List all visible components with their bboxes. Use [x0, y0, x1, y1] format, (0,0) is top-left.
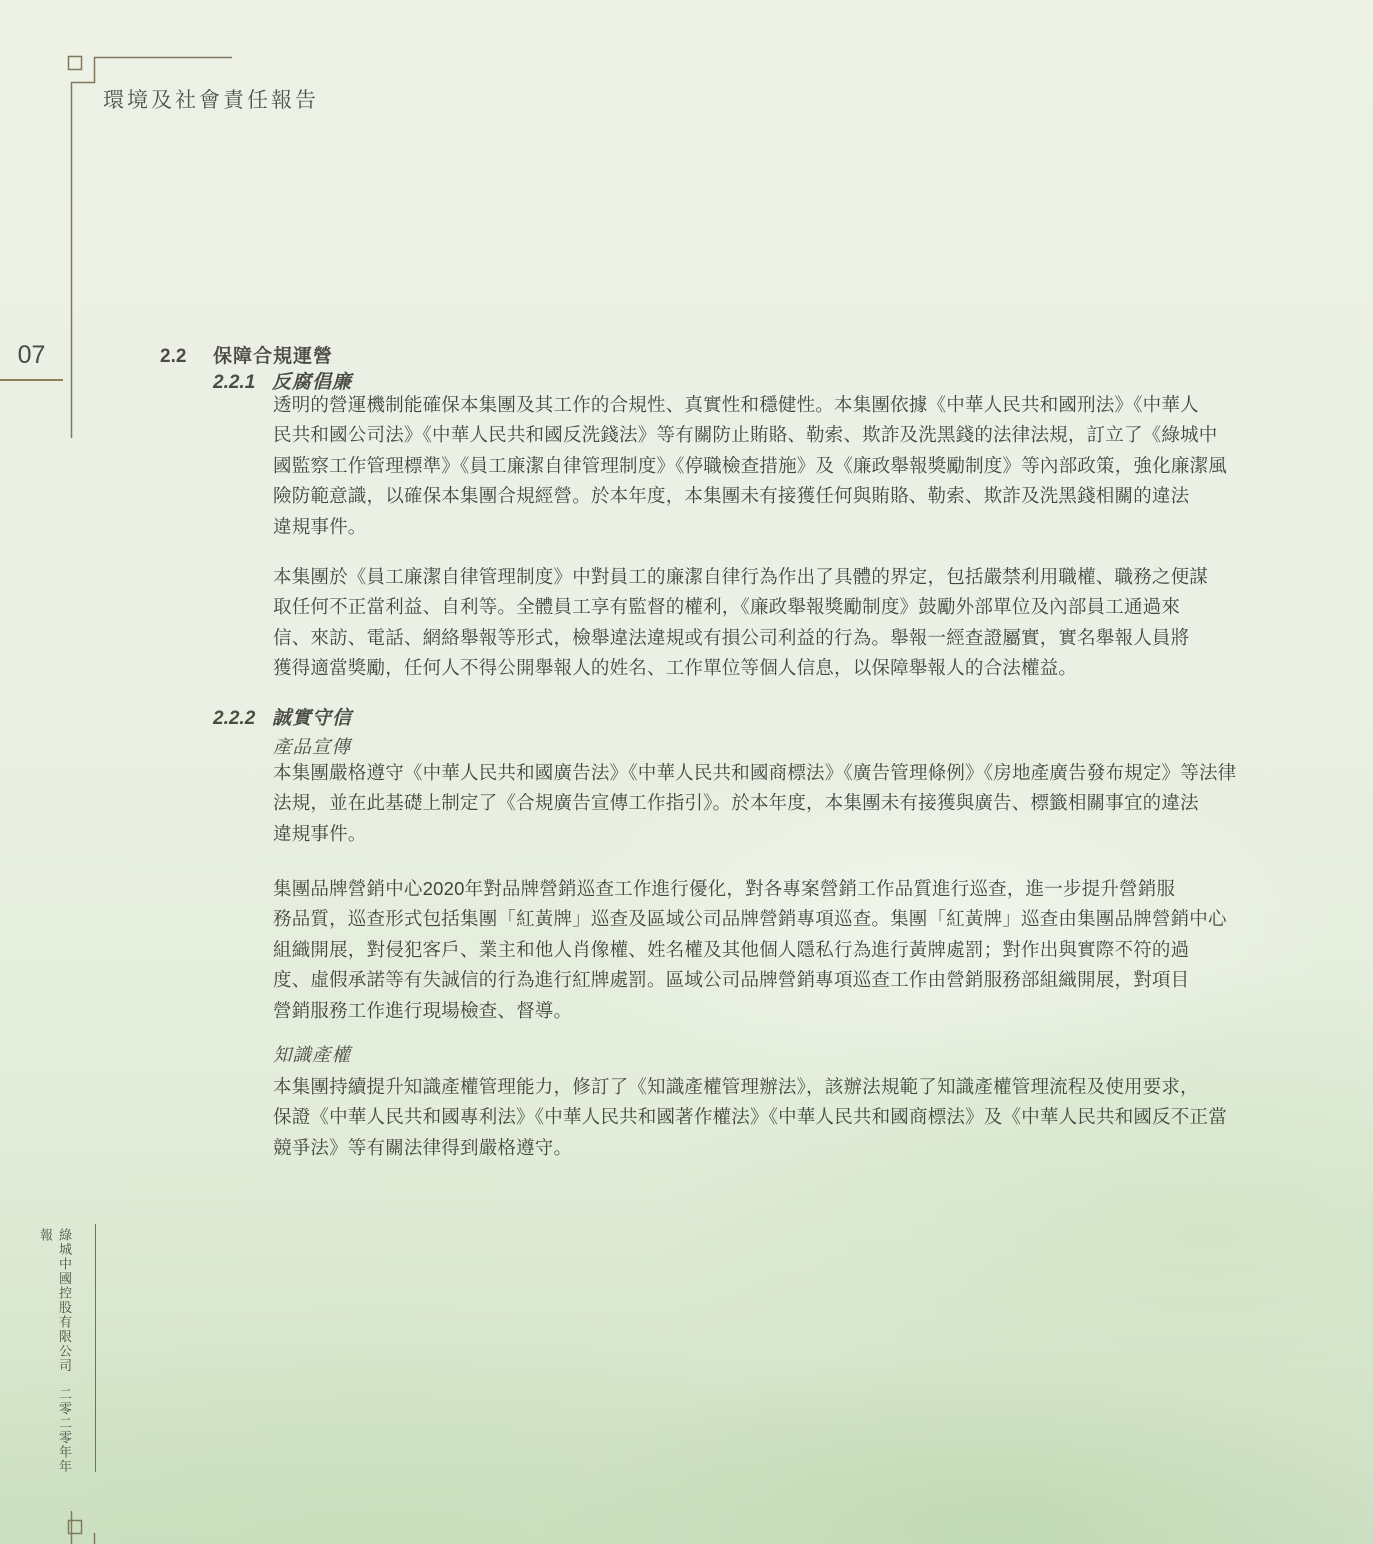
text-line: 違規事件。: [273, 819, 1233, 849]
page-number-underline: [0, 379, 63, 381]
text-line: 本集團嚴格遵守《中華人民共和國廣告法》《中華人民共和國商標法》《廣告管理條例》《…: [273, 758, 1233, 788]
section-number: 2.2: [160, 346, 213, 368]
section-heading: 2.2保障合規運營: [160, 341, 333, 368]
text-line: 險防範意識，以確保本集團合規經營。於本年度，本集團未有接獲任何與賄賂、勒索、欺詐…: [273, 481, 1233, 511]
text-line: 國監察工作管理標準》《員工廉潔自律管理制度》《停職檢查措施》及《廉政舉報獎勵制度…: [273, 451, 1233, 481]
text-line: 違規事件。: [273, 512, 1233, 542]
spine-text: 綠城中國控股有限公司二零二零年年報: [36, 1228, 74, 1488]
text-line: 本集團於《員工廉潔自律管理制度》中對員工的廉潔自律行為作出了具體的界定，包括嚴禁…: [273, 562, 1233, 592]
text-line: 競爭法》等有關法律得到嚴格遵守。: [273, 1133, 1233, 1163]
subsection-title: 誠實守信: [272, 708, 352, 729]
text-line: 民共和國公司法》《中華人民共和國反洗錢法》等有關防止賄賂、勒索、欺詐及洗黑錢的法…: [273, 420, 1233, 450]
corner-ornament-bottom: [0, 1490, 120, 1544]
section-title: 保障合規運營: [213, 346, 333, 367]
page-title: 環境及社會責任報告: [103, 84, 319, 114]
text-line: 取任何不正當利益、自利等。全體員工享有監督的權利，《廉政舉報獎勵制度》鼓勵外部單…: [273, 592, 1233, 622]
subsection-number: 2.2.1: [213, 372, 272, 394]
text-line: 度、虛假承諾等有失誠信的行為進行紅牌處罰。區域公司品牌營銷專項巡查工作由營銷服務…: [273, 965, 1233, 995]
spine-company-name: 綠城中國控股有限公司: [57, 1228, 72, 1373]
report-page: 環境及社會責任報告 07 2.2保障合規運營 2.2.1反腐倡廉 透明的營運機制…: [0, 0, 1373, 1544]
spine-rule: [95, 1224, 96, 1472]
paragraph-anti-corruption-1: 透明的營運機制能確保本集團及其工作的合規性、真實性和穩健性。本集團依據《中華人民…: [273, 390, 1233, 542]
text-line: 信、來訪、電話、網絡舉報等形式，檢舉違法違規或有損公司利益的行為。舉報一經查證屬…: [273, 623, 1233, 653]
text-line: 集團品牌營銷中心2020年對品牌營銷巡查工作進行優化，對各專案營銷工作品質進行巡…: [273, 874, 1233, 904]
text-line: 保證《中華人民共和國專利法》《中華人民共和國著作權法》《中華人民共和國商標法》及…: [273, 1102, 1233, 1132]
subsection-heading-integrity: 2.2.2誠實守信: [213, 703, 352, 730]
paragraph-product-promotion-1: 本集團嚴格遵守《中華人民共和國廣告法》《中華人民共和國商標法》《廣告管理條例》《…: [273, 758, 1233, 849]
subsection-number: 2.2.2: [213, 708, 272, 730]
subheading-product-promotion: 產品宣傳: [273, 733, 351, 759]
text-line: 獲得適當獎勵，任何人不得公開舉報人的姓名、工作單位等個人信息，以保障舉報人的合法…: [273, 653, 1233, 683]
paragraph-anti-corruption-2: 本集團於《員工廉潔自律管理制度》中對員工的廉潔自律行為作出了具體的界定，包括嚴禁…: [273, 562, 1233, 684]
text-line: 本集團持續提升知識產權管理能力，修訂了《知識產權管理辦法》，該辦法規範了知識產權…: [273, 1072, 1233, 1102]
text-line: 營銷服務工作進行現場檢查、督導。: [273, 996, 1233, 1026]
text-line: 法規，並在此基礎上制定了《合規廣告宣傳工作指引》。於本年度，本集團未有接獲與廣告…: [273, 788, 1233, 818]
text-line: 組織開展，對侵犯客戶、業主和他人肖像權、姓名權及其他個人隱私行為進行黃牌處罰；對…: [273, 935, 1233, 965]
text-line: 透明的營運機制能確保本集團及其工作的合規性、真實性和穩健性。本集團依據《中華人民…: [273, 390, 1233, 420]
paragraph-intellectual-property: 本集團持續提升知識產權管理能力，修訂了《知識產權管理辦法》，該辦法規範了知識產權…: [273, 1072, 1233, 1163]
subheading-intellectual-property: 知識產權: [273, 1041, 351, 1067]
text-line: 務品質，巡查形式包括集團「紅黃牌」巡查及區域公司品牌營銷專項巡查。集團「紅黃牌」…: [273, 904, 1233, 934]
page-number: 07: [0, 341, 63, 370]
paragraph-product-promotion-2: 集團品牌營銷中心2020年對品牌營銷巡查工作進行優化，對各專案營銷工作品質進行巡…: [273, 874, 1233, 1026]
